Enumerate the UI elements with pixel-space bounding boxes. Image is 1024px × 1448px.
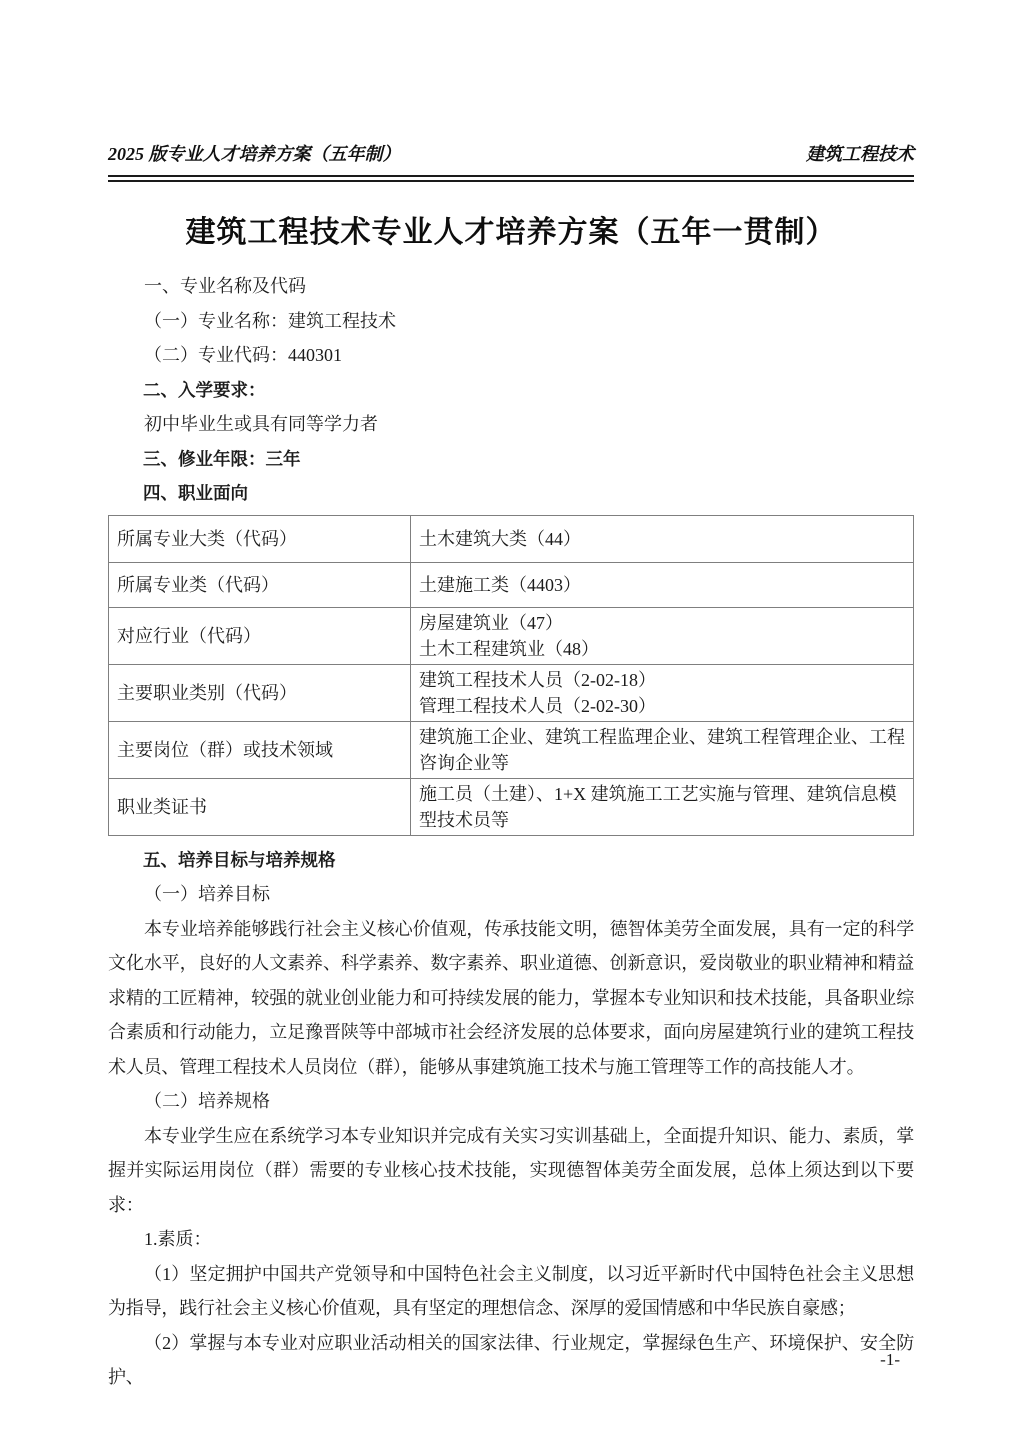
major-name-line: （一）专业名称：建筑工程技术 — [108, 304, 914, 339]
row-value: 施工员（土建）、1+X 建筑施工工艺实施与管理、建筑信息模型技术员等 — [411, 778, 914, 835]
row-value: 房屋建筑业（47） 土木工程建筑业（48） — [411, 607, 914, 664]
row-value: 建筑工程技术人员（2-02-18） 管理工程技术人员（2-02-30） — [411, 664, 914, 721]
row-label: 所属专业类（代码） — [109, 562, 411, 607]
row-value: 土建施工类（4403） — [411, 562, 914, 607]
row-label: 主要职业类别（代码） — [109, 664, 411, 721]
table-row: 所属专业类（代码） 土建施工类（4403） — [109, 562, 914, 607]
career-orientation-table: 所属专业大类（代码） 土木建筑大类（44） 所属专业类（代码） 土建施工类（44… — [108, 515, 914, 836]
training-spec-paragraph: 本专业学生应在系统学习本专业知识并完成有关实习实训基础上，全面提升知识、能力、素… — [108, 1119, 914, 1223]
page-header: 2025 版专业人才培养方案（五年制） 建筑工程技术 — [108, 140, 914, 166]
table-row: 所属专业大类（代码） 土木建筑大类（44） — [109, 515, 914, 562]
row-label: 主要岗位（群）或技术领域 — [109, 721, 411, 778]
table-row: 主要岗位（群）或技术领域 建筑施工企业、建筑工程监理企业、建筑工程管理企业、工程… — [109, 721, 914, 778]
document-title: 建筑工程技术专业人才培养方案（五年一贯制） — [108, 212, 914, 254]
quality-item-1: （1）坚定拥护中国共产党领导和中国特色社会主义制度，以习近平新时代中国特色社会主… — [108, 1257, 914, 1326]
section-5-heading: 五、培养目标与培养规格 — [108, 843, 914, 878]
page-number: -1- — [880, 1350, 900, 1370]
header-left-text: 2025 版专业人才培养方案（五年制） — [108, 140, 401, 166]
table-row: 职业类证书 施工员（土建）、1+X 建筑施工工艺实施与管理、建筑信息模型技术员等 — [109, 778, 914, 835]
training-objective-paragraph: 本专业培养能够践行社会主义核心价值观，传承技能文明，德智体美劳全面发展，具有一定… — [108, 912, 914, 1085]
section-1-heading: 一、专业名称及代码 — [108, 269, 914, 304]
page-content: 2025 版专业人才培养方案（五年制） 建筑工程技术 建筑工程技术专业人才培养方… — [108, 0, 914, 1395]
major-code-line: （二）专业代码：440301 — [108, 338, 914, 373]
admission-requirement-line: 初中毕业生或具有同等学力者 — [108, 407, 914, 442]
row-value: 建筑施工企业、建筑工程监理企业、建筑工程管理企业、工程咨询企业等 — [411, 721, 914, 778]
header-right-text: 建筑工程技术 — [806, 140, 914, 166]
table-row: 主要职业类别（代码） 建筑工程技术人员（2-02-18） 管理工程技术人员（2-… — [109, 664, 914, 721]
row-value: 土木建筑大类（44） — [411, 515, 914, 562]
section-4-heading: 四、职业面向 — [108, 476, 914, 511]
table-row: 对应行业（代码） 房屋建筑业（47） 土木工程建筑业（48） — [109, 607, 914, 664]
quality-heading: 1.素质： — [108, 1222, 914, 1257]
row-label: 对应行业（代码） — [109, 607, 411, 664]
training-objective-subheading: （一）培养目标 — [108, 877, 914, 912]
document-page: 2025 版专业人才培养方案（五年制） 建筑工程技术 建筑工程技术专业人才培养方… — [0, 0, 1024, 1448]
section-2-heading: 二、入学要求： — [108, 373, 914, 408]
header-divider — [108, 175, 914, 182]
section-3-heading: 三、修业年限：三年 — [108, 442, 914, 477]
quality-item-2: （2）掌握与本专业对应职业活动相关的国家法律、行业规定，掌握绿色生产、环境保护、… — [108, 1326, 914, 1395]
row-label: 所属专业大类（代码） — [109, 515, 411, 562]
training-spec-subheading: （二）培养规格 — [108, 1084, 914, 1119]
row-label: 职业类证书 — [109, 778, 411, 835]
